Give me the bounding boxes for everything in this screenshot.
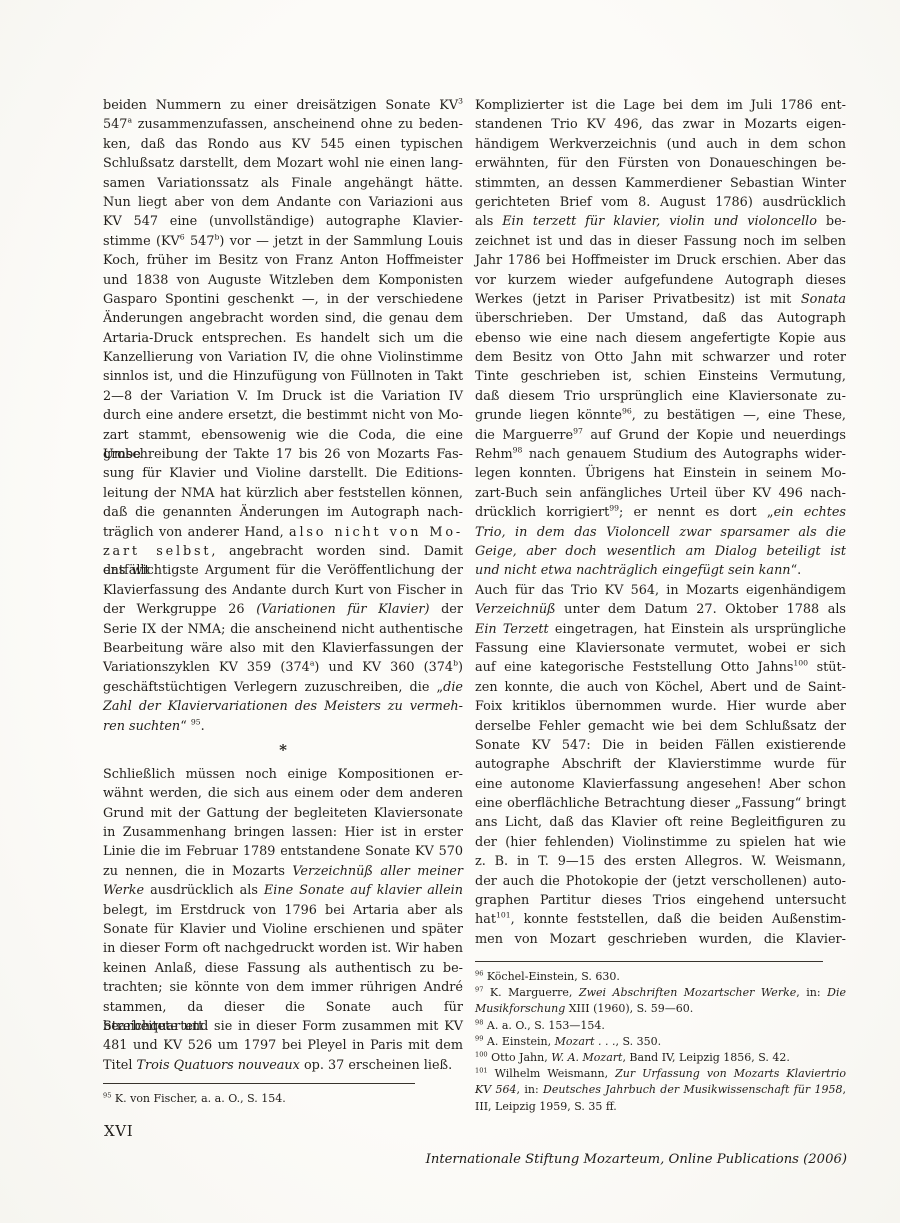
text-line: Rehm98 nach genauem Studium des Autograp… xyxy=(475,445,846,464)
text-line: 97 K. Marguerre, Zwei Abschriften Mozart… xyxy=(475,985,846,1001)
section-separator-asterisk: * xyxy=(103,741,463,760)
text-line: zu nennen, die in Mozarts Verzeichnüß al… xyxy=(103,862,463,881)
text-line: Gasparo Spontini geschenkt —, in der ver… xyxy=(103,290,463,309)
text-line: Bearbeitung wäre also mit den Klavierfas… xyxy=(103,639,463,658)
text-line: stammen, da dieser die Sonate auch für S… xyxy=(103,998,463,1017)
text-line: 95 K. von Fischer, a. a. O., S. 154. xyxy=(103,1091,463,1107)
text-line: der Werkgruppe 26 (Variationen für Klavi… xyxy=(103,600,463,619)
paragraph: 96 Köchel-Einstein, S. 630. xyxy=(475,969,846,985)
text-line: gerichteten Brief vom 8. August 1786) au… xyxy=(475,193,846,212)
text-line: händigem Werkverzeichnis (und auch in de… xyxy=(475,135,846,154)
paragraph: 97 K. Marguerre, Zwei Abschriften Mozart… xyxy=(475,985,846,1017)
text-line: Komplizierter ist die Lage bei dem im Ju… xyxy=(475,96,846,115)
text-line: 98 A. a. O., S. 153—154. xyxy=(475,1018,846,1034)
text-line: grunde liegen könnte96, zu bestätigen —,… xyxy=(475,406,846,425)
text-line: 99 A. Einstein, Mozart . . ., S. 350. xyxy=(475,1034,846,1050)
text-line: 96 Köchel-Einstein, S. 630. xyxy=(475,969,846,985)
text-line: Titel Trois Quatuors nouveaux op. 37 ers… xyxy=(103,1056,463,1075)
text-line: Artaria-Druck entsprechen. Es handelt si… xyxy=(103,329,463,348)
footnote-rule xyxy=(103,1083,415,1084)
text-line: Serie IX der NMA; die anscheinend nicht … xyxy=(103,620,463,639)
left-column: beiden Nummern zu einer dreisätzigen Son… xyxy=(103,96,463,1075)
text-line: daß diesem Trio ursprünglich eine Klavie… xyxy=(475,387,846,406)
text-line: eine oberflächliche Betrachtung dieser „… xyxy=(475,794,846,813)
right-column: Komplizierter ist die Lage bei dem im Ju… xyxy=(475,96,846,949)
text-line: geschäftstüchtigen Verlegern zuzuschreib… xyxy=(103,678,463,697)
text-line: ans Licht, daß das Klavier oft reine Beg… xyxy=(475,813,846,832)
text-line: die Marguerre97 auf Grund der Kopie und … xyxy=(475,426,846,445)
text-line: der auch die Photokopie der (jetzt versc… xyxy=(475,872,846,891)
text-line: 481 und KV 526 um 1797 bei Pleyel in Par… xyxy=(103,1036,463,1055)
text-line: Ein Terzett eingetragen, hat Einstein al… xyxy=(475,620,846,639)
text-line: Werke ausdrücklich als Eine Sonate auf k… xyxy=(103,881,463,900)
text-line: Trio, in dem das Violoncell zwar sparsam… xyxy=(475,523,846,542)
text-line: Tinte geschrieben ist, schien Einsteins … xyxy=(475,367,846,386)
text-line: Änderungen angebracht worden sind, die g… xyxy=(103,309,463,328)
text-line: wähnt werden, die sich aus einem oder de… xyxy=(103,784,463,803)
footnote-rule xyxy=(475,961,823,962)
text-line: Jahr 1786 bei Hoffmeister im Druck ersch… xyxy=(475,251,846,270)
paragraph: Schließlich müssen noch einige Kompositi… xyxy=(103,765,463,1075)
text-line: hat101, konnte feststellen, daß die beid… xyxy=(475,910,846,929)
text-line: III, Leipzig 1959, S. 35 ff. xyxy=(475,1099,846,1115)
text-line: dem Besitz von Otto Jahn mit schwarzer u… xyxy=(475,348,846,367)
right-footnotes: 96 Köchel-Einstein, S. 630.97 K. Marguer… xyxy=(475,961,846,1115)
text-line: Linie die im Februar 1789 entstandene So… xyxy=(103,842,463,861)
text-line: graphen Partitur dieses Trios eingehend … xyxy=(475,891,846,910)
text-line: Geige, aber doch wesentlich am Dialog be… xyxy=(475,542,846,561)
text-line: Musikforschung XIII (1960), S. 59—60. xyxy=(475,1001,846,1017)
text-line: Grund mit der Gattung der begleiteten Kl… xyxy=(103,804,463,823)
text-line: Sonate KV 547: Die in beiden Fällen exis… xyxy=(475,736,846,755)
text-line: 547a zusammenzufassen, anscheinend ohne … xyxy=(103,115,463,134)
text-line: stimme (KV6 547b) vor — jetzt in der Sam… xyxy=(103,232,463,251)
text-line: das wichtigste Argument für die Veröffen… xyxy=(103,561,463,580)
text-line: KV 547 eine (unvollständige) autographe … xyxy=(103,212,463,231)
text-line: Schließlich müssen noch einige Kompositi… xyxy=(103,765,463,784)
text-line: ken, daß das Rondo aus KV 545 einen typi… xyxy=(103,135,463,154)
text-line: 101 Wilhelm Weismann, Zur Urfassung von … xyxy=(475,1066,846,1082)
text-line: stimmten, an dessen Kammerdiener Sebasti… xyxy=(475,174,846,193)
text-line: auf eine kategorische Feststellung Otto … xyxy=(475,658,846,677)
text-line: und 1838 von Auguste Witzleben dem Kompo… xyxy=(103,271,463,290)
text-line: erwähnten, für den Fürsten von Donauesch… xyxy=(475,154,846,173)
text-line: zart-Buch sein anfängliches Urteil über … xyxy=(475,484,846,503)
text-line: Kanzellierung von Variation IV, die ohne… xyxy=(103,348,463,367)
text-line: 2—8 der Variation V. Im Druck ist die Va… xyxy=(103,387,463,406)
text-line: in dieser Form oft nachgedruckt worden i… xyxy=(103,939,463,958)
footnote-text: 95 K. von Fischer, a. a. O., S. 154. xyxy=(103,1091,463,1107)
footnote-text: 96 Köchel-Einstein, S. 630.97 K. Marguer… xyxy=(475,969,846,1115)
text-line: sung für Klavier und Violine darstellt. … xyxy=(103,464,463,483)
text-line: als Ein terzett für klavier, violin und … xyxy=(475,212,846,231)
scanned-page: beiden Nummern zu einer dreisätzigen Son… xyxy=(0,0,900,1223)
text-line: Umschreibung der Takte 17 bis 26 von Moz… xyxy=(103,445,463,464)
paragraph: 101 Wilhelm Weismann, Zur Urfassung von … xyxy=(475,1066,846,1115)
text-line: legen konnten. Übrigens hat Einstein in … xyxy=(475,464,846,483)
text-line: überschrieben. Der Umstand, daß das Auto… xyxy=(475,309,846,328)
text-line: autographe Abschrift der Klavierstimme w… xyxy=(475,755,846,774)
paragraph: Komplizierter ist die Lage bei dem im Ju… xyxy=(475,96,846,581)
text-line: derselbe Fehler gemacht wie bei dem Schl… xyxy=(475,717,846,736)
left-footnotes: 95 K. von Fischer, a. a. O., S. 154. xyxy=(103,1083,463,1107)
paragraph: beiden Nummern zu einer dreisätzigen Son… xyxy=(103,96,463,736)
text-line: Koch, früher im Besitz von Franz Anton H… xyxy=(103,251,463,270)
paragraph: 95 K. von Fischer, a. a. O., S. 154. xyxy=(103,1091,463,1107)
text-line: zart stammt, ebensowenig wie die Coda, d… xyxy=(103,426,463,445)
text-line: Schlußsatz darstellt, dem Mozart wohl ni… xyxy=(103,154,463,173)
footer-credit: Internationale Stiftung Mozarteum, Onlin… xyxy=(426,1152,847,1167)
text-line: Zahl der Klaviervariationen des Meisters… xyxy=(103,697,463,716)
text-line: leitung der NMA hat kürzlich aber festst… xyxy=(103,484,463,503)
text-line: zeichnet ist und das in dieser Fassung n… xyxy=(475,232,846,251)
text-line: Auch für das Trio KV 564, in Mozarts eig… xyxy=(475,581,846,600)
text-line: trachten; sie könnte von dem immer rühri… xyxy=(103,978,463,997)
text-line: eine autonome Klavierfassung angesehen! … xyxy=(475,775,846,794)
text-line: vor kurzem wieder aufgefundene Autograph… xyxy=(475,271,846,290)
text-line: 100 Otto Jahn, W. A. Mozart, Band IV, Le… xyxy=(475,1050,846,1066)
paragraph: 99 A. Einstein, Mozart . . ., S. 350. xyxy=(475,1034,846,1050)
text-line: beiden Nummern zu einer dreisätzigen Son… xyxy=(103,96,463,115)
page-number: XVI xyxy=(104,1122,133,1140)
text-line: Nun liegt aber von dem Andante con Varia… xyxy=(103,193,463,212)
text-line: der (hier fehlenden) Violinstimme zu spi… xyxy=(475,833,846,852)
text-line: Verzeichnüß unter dem Datum 27. Oktober … xyxy=(475,600,846,619)
text-line: zen konnte, die auch von Köchel, Abert u… xyxy=(475,678,846,697)
text-line: sinnlos ist, und die Hinzufügung von Fül… xyxy=(103,367,463,386)
text-line: ren suchten“ 95. xyxy=(103,717,463,736)
text-line: drücklich korrigiert99; er nennt es dort… xyxy=(475,503,846,522)
text-line: Variationszyklen KV 359 (374a) und KV 36… xyxy=(103,658,463,677)
text-line: belegt, im Erstdruck von 1796 bei Artari… xyxy=(103,901,463,920)
paragraph: 98 A. a. O., S. 153—154. xyxy=(475,1018,846,1034)
text-line: samen Variationssatz als Finale angehäng… xyxy=(103,174,463,193)
text-line: zart selbst, angebracht worden sind. Dam… xyxy=(103,542,463,561)
text-line: men von Mozart geschrieben wurden, die K… xyxy=(475,930,846,949)
text-line: Klavierfassung des Andante durch Kurt vo… xyxy=(103,581,463,600)
text-line: durch eine andere ersetzt, die bestimmt … xyxy=(103,406,463,425)
text-line: z. B. in T. 9—15 des ersten Allegros. W.… xyxy=(475,852,846,871)
text-line: Werkes (jetzt in Pariser Privatbesitz) i… xyxy=(475,290,846,309)
text-line: in Zusammenhang bringen lassen: Hier ist… xyxy=(103,823,463,842)
text-line: träglich von anderer Hand, also nicht vo… xyxy=(103,523,463,542)
text-line: Foix kritiklos übernommen wurde. Hier wu… xyxy=(475,697,846,716)
text-line: standenen Trio KV 496, das zwar in Mozar… xyxy=(475,115,846,134)
paragraph: 100 Otto Jahn, W. A. Mozart, Band IV, Le… xyxy=(475,1050,846,1066)
text-line: und nicht etwa nachträglich eingefügt se… xyxy=(475,561,846,580)
text-line: Fassung eine Klaviersonate vermutet, wob… xyxy=(475,639,846,658)
text-line: keinen Anlaß, diese Fassung als authenti… xyxy=(103,959,463,978)
text-line: daß die genannten Änderungen im Autograp… xyxy=(103,503,463,522)
text-line: Sonate für Klavier und Violine erschiene… xyxy=(103,920,463,939)
text-line: bearbeitete und sie in dieser Form zusam… xyxy=(103,1017,463,1036)
text-line: ebenso wie eine nach diesem angefertigte… xyxy=(475,329,846,348)
text-line: KV 564, in: Deutsches Jahrbuch der Musik… xyxy=(475,1082,846,1098)
paragraph: Auch für das Trio KV 564, in Mozarts eig… xyxy=(475,581,846,949)
